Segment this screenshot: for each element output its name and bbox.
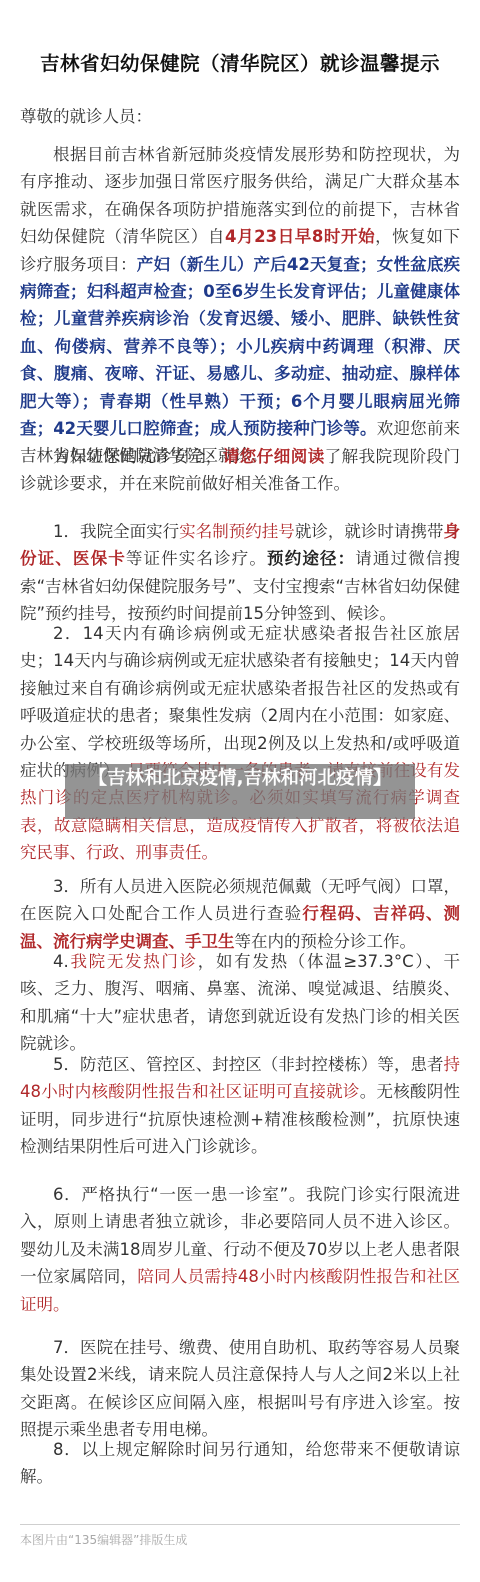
no-fever-clinic-highlight: 我院无发热门诊 bbox=[69, 952, 198, 971]
item-2: 2．14天内有确诊病例或无症状感染者报告社区旅居史；14天内与确诊病例或无症状感… bbox=[20, 620, 460, 867]
notice-text: 为保证您的就诊安全， bbox=[53, 447, 223, 466]
booking-channel-label: 预约途径： bbox=[267, 549, 355, 568]
item-text: 我院全面实行 bbox=[80, 522, 179, 541]
item-text: 就诊，就诊时请携带 bbox=[295, 522, 444, 541]
item-number: 3． bbox=[53, 877, 80, 896]
caption-text: 【吉林和北京疫情,吉林和河北疫情】 bbox=[65, 766, 415, 791]
item-number: 8． bbox=[53, 1440, 81, 1459]
item-7: 7．医院在挂号、缴费、使用自助机、取药等容易人员聚集处设置2米线，请来院人员注意… bbox=[20, 1334, 460, 1444]
item-8: 8．以上规定解除时间另行通知，给您带来不便敬请谅解。 bbox=[20, 1436, 460, 1491]
caption-overlay: 【吉林和北京疫情,吉林和河北疫情】 bbox=[65, 764, 415, 819]
item-text: 防范区、管控区、封控区（非封控楼栋）等，患者 bbox=[80, 1055, 443, 1074]
services-list-highlight: 产妇（新生儿）产后42天复查；女性盆底疾病筛查；妇科超声检查；0至6岁生长发育评… bbox=[20, 255, 460, 438]
notice-paragraph: 为保证您的就诊安全，请您仔细阅读了解我院现阶段门诊就诊要求，并在来院前做好相关准… bbox=[20, 443, 460, 498]
item-number: 7． bbox=[53, 1338, 80, 1357]
item-5: 5．防范区、管控区、封控区（非封控楼栋）等，患者持48小时内核酸阴性报告和社区证… bbox=[20, 1051, 460, 1161]
item-number: 4. bbox=[53, 952, 69, 971]
item-number: 2． bbox=[53, 624, 83, 643]
item-3: 3．所有人员进入医院必须规范佩戴（无呼气阀）口罩，在医院入口处配合工作人员进行查… bbox=[20, 873, 460, 955]
page-title: 吉林省妇幼保健院（清华院区）就诊温馨提示 bbox=[0, 48, 480, 76]
item-number: 5． bbox=[53, 1055, 80, 1074]
editor-credit: 本图片由“135编辑器”排版生成 bbox=[20, 1531, 187, 1548]
item-1: 1．我院全面实行实名制预约挂号就诊，就诊时请携带身份证、医保卡等证件实名诊疗。预… bbox=[20, 518, 460, 628]
real-name-booking-highlight: 实名制预约挂号 bbox=[179, 522, 295, 541]
item-number: 1． bbox=[53, 522, 80, 541]
item-text: 14天内有确诊病例或无症状感染者报告社区旅居史；14天内与确诊病例或无症状感染者… bbox=[20, 624, 460, 780]
read-carefully-highlight: 请您仔细阅读 bbox=[223, 447, 325, 466]
item-number: 6． bbox=[53, 1185, 81, 1204]
greeting: 尊敬的就诊人员： bbox=[20, 103, 152, 127]
item-text: 医院在挂号、缴费、使用自助机、取药等容易人员聚集处设置2米线，请来院人员注意保持… bbox=[20, 1338, 460, 1439]
item-text: 等证件实名诊疗。 bbox=[126, 549, 267, 568]
item-text: 以上规定解除时间另行通知，给您带来不便敬请谅解。 bbox=[20, 1440, 460, 1486]
start-date-highlight: 4月23日早8时开始 bbox=[225, 227, 375, 246]
intro-paragraph: 根据目前吉林省新冠肺炎疫情发展形势和防控现状，为有序推动、逐步加强日常医疗服务供… bbox=[20, 141, 460, 470]
item-6: 6．严格执行“一医一患一诊室”。我院门诊实行限流进入，原则上请患者独立就诊，非必… bbox=[20, 1181, 460, 1318]
item-4: 4.我院无发热门诊，如有发热（体温≥37.3°C）、干咳、乏力、腹泻、咽痛、鼻塞… bbox=[20, 948, 460, 1058]
footer-divider bbox=[20, 1524, 460, 1525]
